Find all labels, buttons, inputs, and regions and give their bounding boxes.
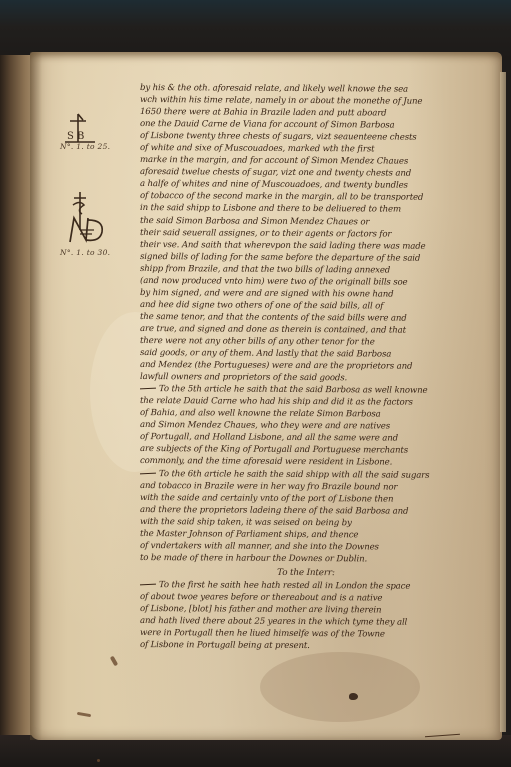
line-text: wch within his time relate, namely in or… [140, 95, 422, 107]
line-text: the said Simon Barbosa and Simon Mendez … [140, 216, 369, 227]
line-text: by his & the oth. aforesaid relate, and … [140, 83, 408, 95]
line-text: with the said ship taken, it was seised … [140, 517, 352, 528]
line-text: To the 5th article he saith that the sai… [159, 384, 428, 396]
merchant-mark-2: N°. 1. to 30. [58, 190, 128, 260]
page-gutter-shadow [30, 52, 42, 740]
line-text: and hee did signe two others of one of t… [140, 300, 383, 311]
manuscript-line: of Lisbone in Portugall being at present… [140, 639, 502, 653]
line-text: of Lisbone twenty three chests of sugars… [140, 131, 417, 143]
line-text: with the saide and certainly vnto of the… [140, 493, 393, 505]
line-text: To the Interr: [277, 568, 335, 578]
line-text: of vndertakers with all manner, and she … [140, 541, 379, 552]
line-text: of white and sixe of Muscouadoes, marked… [140, 143, 374, 154]
wormhole-mark [97, 759, 100, 762]
line-text: to be made of there in harbour the Downe… [140, 553, 367, 564]
line-text: were in Portugall then he liued himselfe… [140, 628, 385, 639]
line-text: of Lisbone in Portugall being at present… [140, 640, 310, 651]
line-text: shipp from Brazile, and that the two bil… [140, 264, 390, 276]
manuscript-text: by his & the oth. aforesaid relate, and … [140, 82, 502, 651]
water-stain [260, 652, 420, 722]
line-text: there were not any other bills of any ot… [140, 336, 375, 347]
line-text: and Mendez (the Portugueses) were and ar… [140, 360, 412, 372]
manuscript-line: to be made of there in harbour the Downe… [140, 552, 502, 566]
mark-reference: N°. 1. to 30. [60, 248, 110, 257]
margin-merchant-marks: S B N°. 1. to 25. N°. 1. to 30. [58, 112, 128, 268]
line-text: the relate Dauid Carne who had his ship … [140, 396, 413, 408]
line-text: To the first he saith hee hath rested al… [159, 580, 410, 592]
line-text: are true, and signed and done as therein… [140, 324, 406, 336]
paragraph-dash-mark [140, 583, 156, 586]
line-text: their said seuerall assignes, or to thei… [140, 228, 391, 240]
line-text: the Master Johnson of Parliament ships, … [140, 529, 358, 540]
photo-background-top [0, 0, 511, 60]
line-text: commonly, and the time aforesaid were re… [140, 456, 392, 468]
paragraph-dash-mark [140, 472, 156, 475]
line-text: of about twoe yeares before or thereabou… [140, 592, 382, 603]
svg-text:S B: S B [67, 131, 84, 142]
line-text: said goods, or any of them. And lastly t… [140, 348, 391, 360]
section-heading: To the Interr: [140, 566, 502, 580]
line-text: and tobacco in Brazile were in her way f… [140, 481, 397, 493]
line-text: their vse. And saith that wherevpon the … [140, 240, 426, 252]
wormhole-mark [110, 656, 118, 667]
line-text: To the 6th article he saith the said shi… [159, 469, 429, 481]
line-text: and Simon Mendez Chaues, who they were a… [140, 420, 390, 432]
line-text: and there the proprietors ladeing there … [140, 505, 408, 517]
line-text: signed bills of lading for the same befo… [140, 252, 420, 264]
line-text: by him signed, and were and are signed w… [140, 288, 394, 300]
line-text: one the Dauid Carne de Viana for account… [140, 119, 395, 131]
merchant-mark-smd-icon [58, 190, 118, 254]
merchant-mark-1: S B N°. 1. to 25. [58, 112, 128, 182]
line-text: the same tenor, and that the contents of… [140, 312, 407, 324]
line-text: of Bahia, and also well knowne the relat… [140, 408, 381, 419]
line-text: (and now produced vnto him) were two of … [140, 276, 408, 288]
line-text: lawfull owners and proprietors of the sa… [140, 372, 347, 383]
paragraph-dash-mark [140, 387, 156, 390]
wormhole-mark [77, 712, 91, 717]
mark-reference: N°. 1. to 25. [60, 142, 110, 151]
line-text: aforesaid twelue chests of sugar, vizt o… [140, 167, 411, 179]
ink-blot [349, 693, 358, 700]
line-text: marke in the margin, and for account of … [140, 155, 408, 167]
line-text: in the said shipp to Lisbone and there t… [140, 203, 401, 215]
line-text: of Portugall, and Holland Lisbone, and a… [140, 432, 398, 444]
line-text: and hath lived there about 25 yeares in … [140, 616, 407, 628]
line-text: of Lisbone, [blot] his father and mother… [140, 604, 381, 615]
line-text: 1650 there were at Bahia in Brazile lade… [140, 107, 387, 119]
